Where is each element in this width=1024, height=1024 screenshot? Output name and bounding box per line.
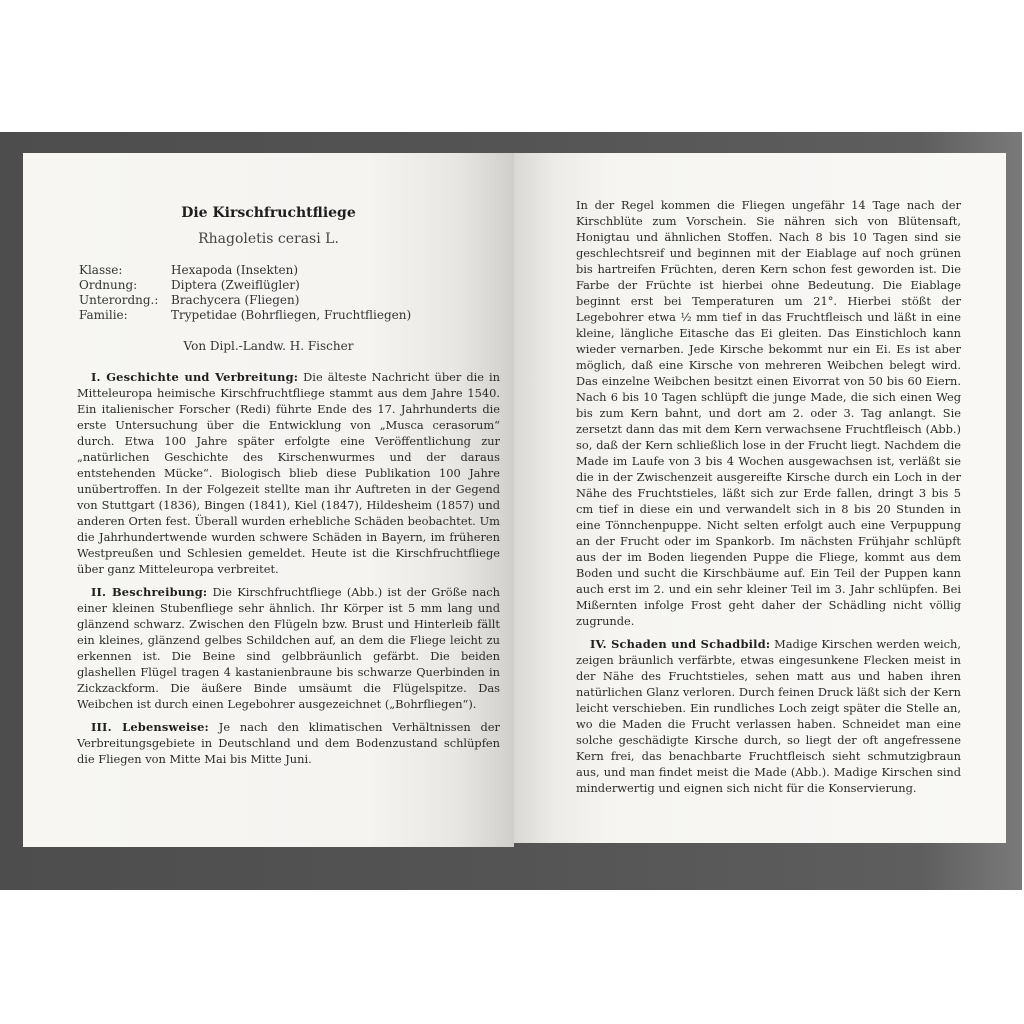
taxonomy-value: Brachycera (Fliegen) bbox=[171, 293, 299, 308]
section-body: Die älteste Nachricht über die in Mittel… bbox=[77, 370, 500, 576]
section-body: Madige Kirschen werden weich, zeigen brä… bbox=[576, 637, 961, 795]
section-beschreibung: II. Beschreibung: Die Kirschfruchtfliege… bbox=[77, 584, 500, 712]
taxonomy-row-familie: Familie: Trypetidae (Bohrfliegen, Frucht… bbox=[79, 308, 411, 323]
taxonomy-label: Klasse: bbox=[79, 263, 171, 278]
left-page: Die Kirschfruchtfliege Rhagoletis cerasi… bbox=[23, 153, 514, 847]
taxonomy-value: Diptera (Zweiflügler) bbox=[171, 278, 300, 293]
left-column-text: I. Geschichte und Verbreitung: Die ältes… bbox=[77, 369, 500, 774]
section-heading: II. Beschreibung: bbox=[91, 585, 207, 599]
taxonomy-label: Unterordng.: bbox=[79, 293, 171, 308]
species-name: Rhagoletis cerasi L. bbox=[23, 231, 514, 247]
section-heading: IV. Schaden und Schadbild: bbox=[590, 637, 770, 651]
taxonomy-row-ordnung: Ordnung: Diptera (Zweiflügler) bbox=[79, 278, 411, 293]
section-schaden: IV. Schaden und Schadbild: Madige Kirsch… bbox=[576, 636, 961, 796]
section-body: Die Kirschfruchtfliege (Abb.) ist der Gr… bbox=[77, 585, 500, 711]
taxonomy-row-klasse: Klasse: Hexapoda (Insekten) bbox=[79, 263, 411, 278]
section-heading: III. Lebensweise: bbox=[91, 720, 209, 734]
taxonomy-value: Hexapoda (Insekten) bbox=[171, 263, 298, 278]
right-column-text: In der Regel kommen die Fliegen ungefähr… bbox=[576, 197, 961, 803]
author-line: Von Dipl.-Landw. H. Fischer bbox=[23, 339, 514, 353]
taxonomy-row-unterordnung: Unterordng.: Brachycera (Fliegen) bbox=[79, 293, 411, 308]
taxonomy-value: Trypetidae (Bohrfliegen, Fruchtfliegen) bbox=[171, 308, 411, 323]
document-title: Die Kirschfruchtfliege bbox=[23, 205, 514, 221]
taxonomy-label: Familie: bbox=[79, 308, 171, 323]
section-heading: I. Geschichte und Verbreitung: bbox=[91, 370, 298, 384]
right-page: In der Regel kommen die Fliegen ungefähr… bbox=[514, 153, 1006, 843]
taxonomy-label: Ordnung: bbox=[79, 278, 171, 293]
lebensweise-continuation: In der Regel kommen die Fliegen ungefähr… bbox=[576, 197, 961, 629]
taxonomy-table: Klasse: Hexapoda (Insekten) Ordnung: Dip… bbox=[79, 263, 411, 323]
section-lebensweise: III. Lebensweise: Je nach den klimatisch… bbox=[77, 719, 500, 767]
section-geschichte: I. Geschichte und Verbreitung: Die ältes… bbox=[77, 369, 500, 577]
